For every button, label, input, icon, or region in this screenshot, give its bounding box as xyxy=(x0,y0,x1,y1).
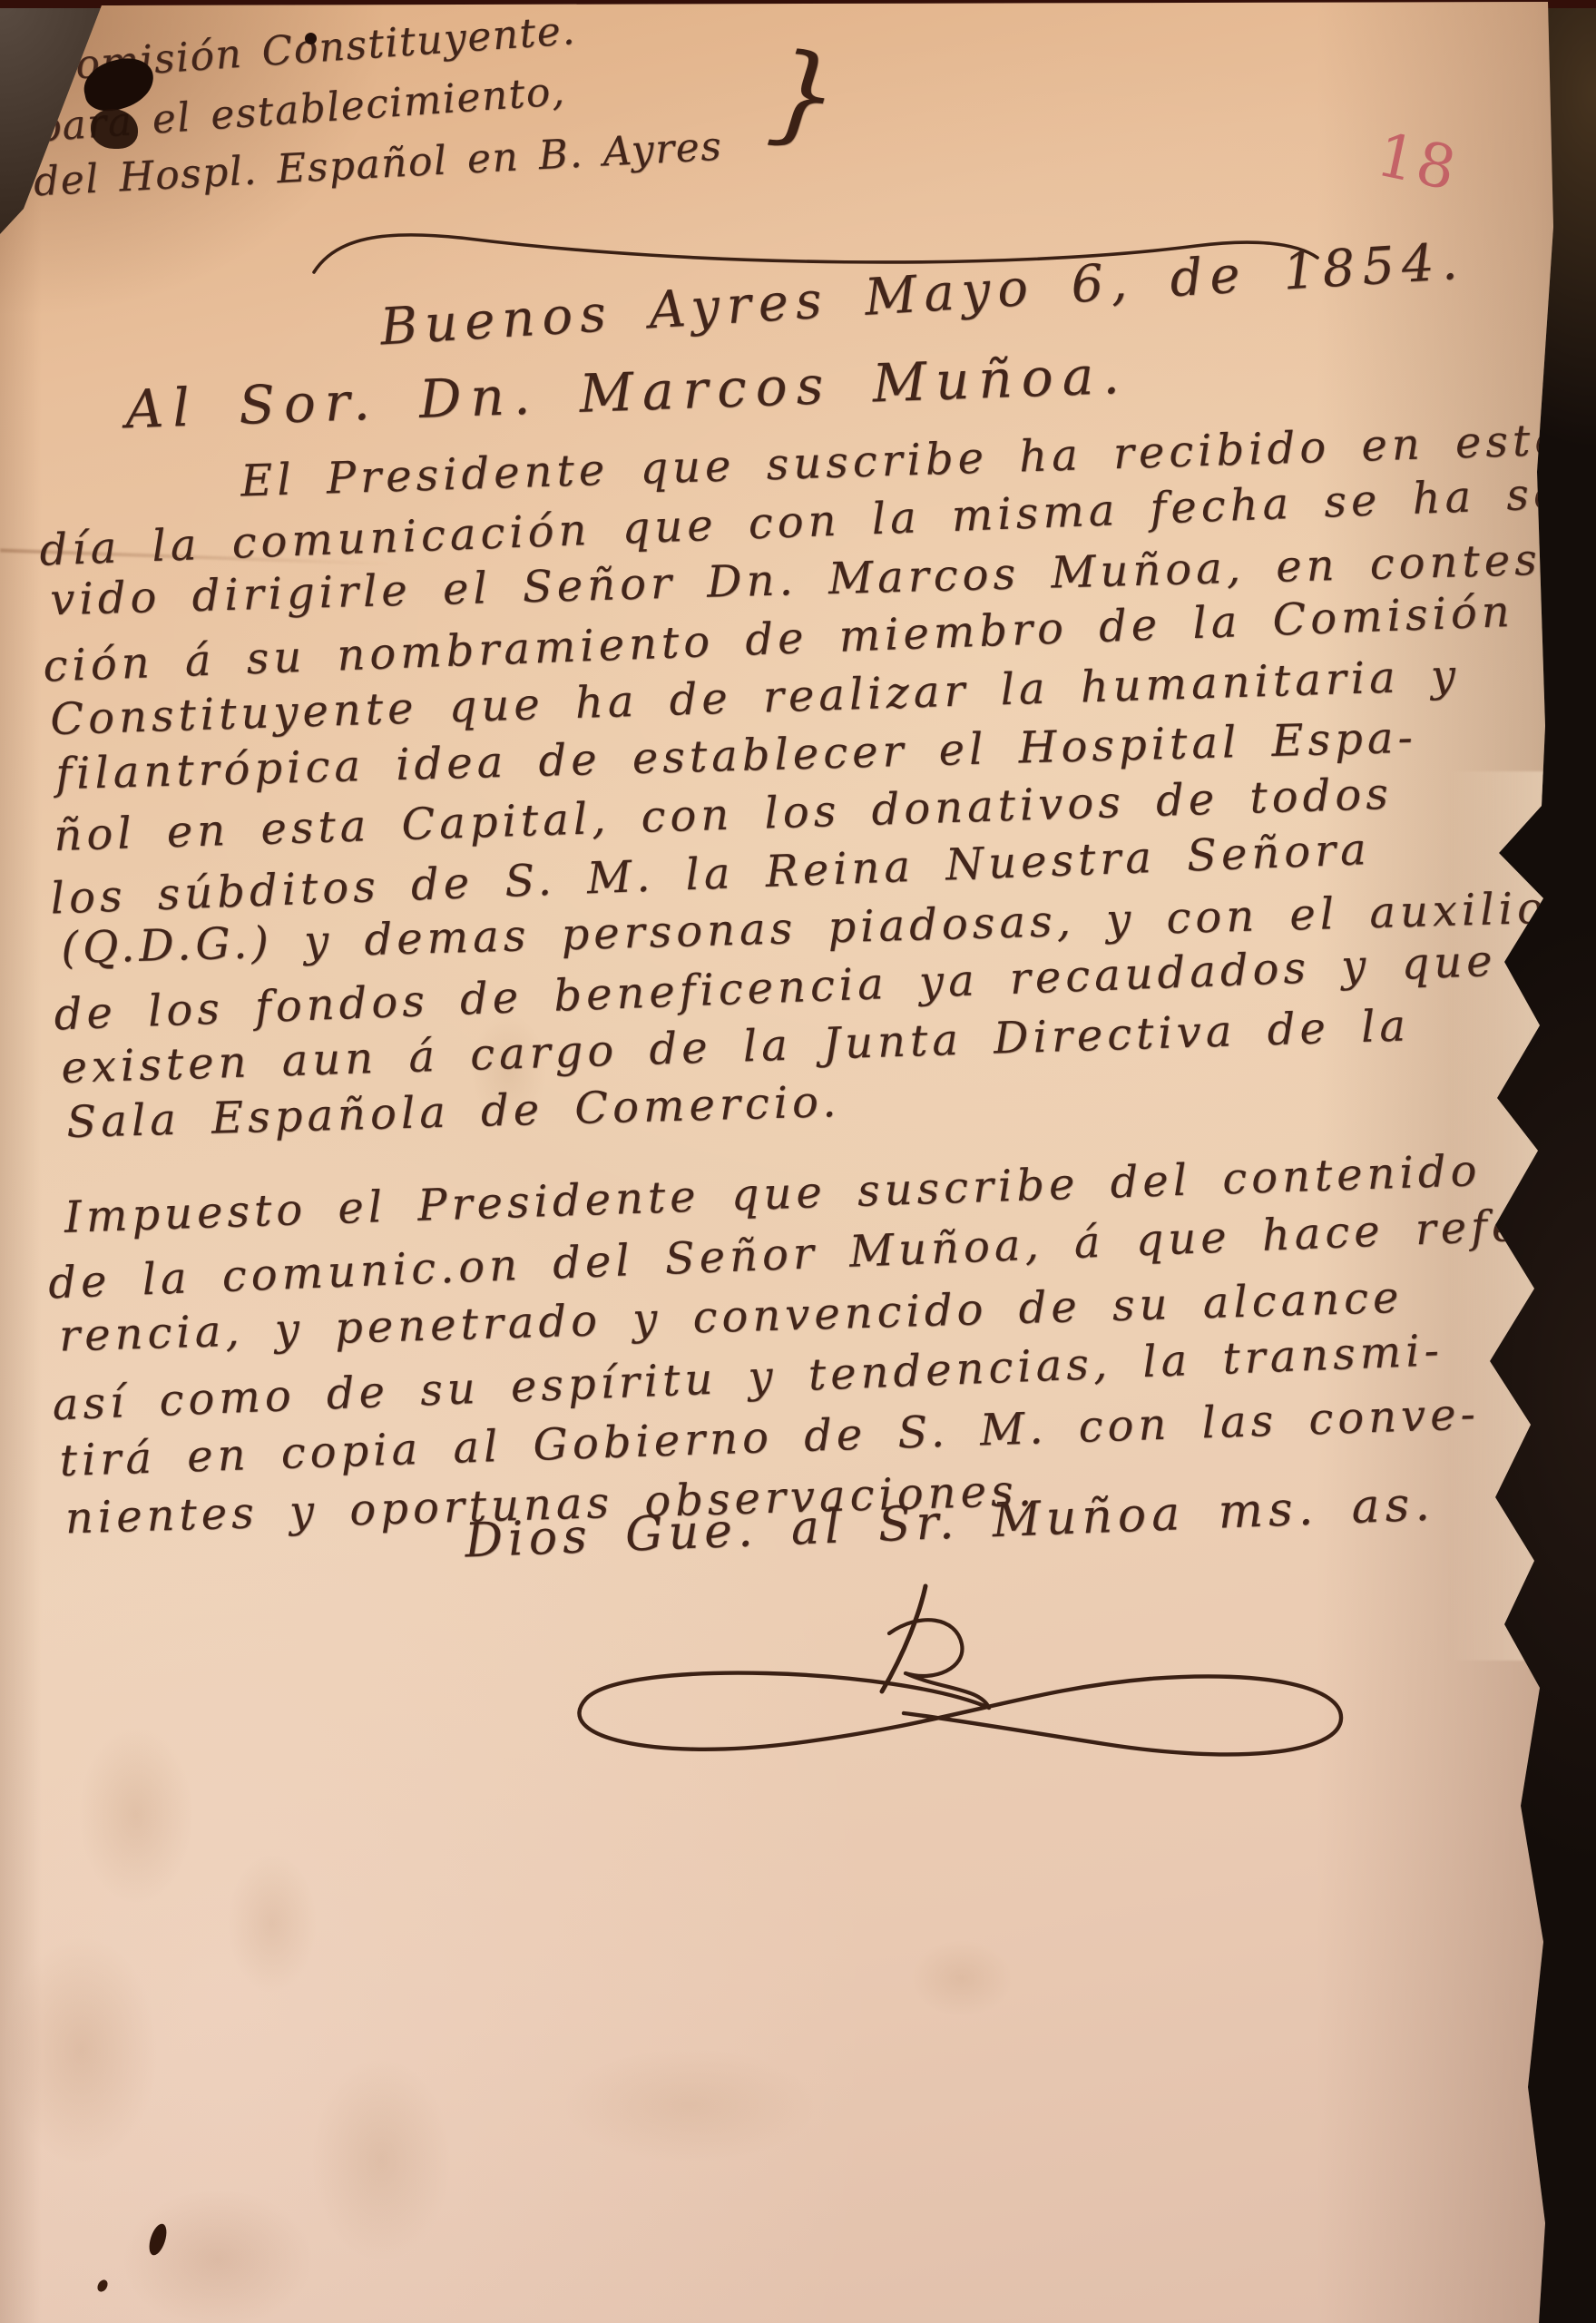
ink-blot xyxy=(91,109,138,149)
ink-speck xyxy=(95,2278,110,2293)
paragraph-receipt-acknowledgement: El Presidente que suscribe ha recibido e… xyxy=(42,409,1596,1155)
folio-number: 18 xyxy=(1371,120,1464,205)
addressee-line: Al Sor. Dn. Marcos Muñoa. xyxy=(124,344,1130,441)
photographed-document: Comisión Constituyente. para el establec… xyxy=(0,0,1596,2323)
signature-rubric xyxy=(515,1581,1377,1776)
letter-page: Comisión Constituyente. para el establec… xyxy=(0,0,1596,2323)
letterhead-commission-title: Comisión Constituyente. para el establec… xyxy=(42,0,724,218)
ink-speck xyxy=(305,33,317,44)
letterhead-brace: } xyxy=(762,22,844,164)
ink-speck xyxy=(146,2221,170,2257)
